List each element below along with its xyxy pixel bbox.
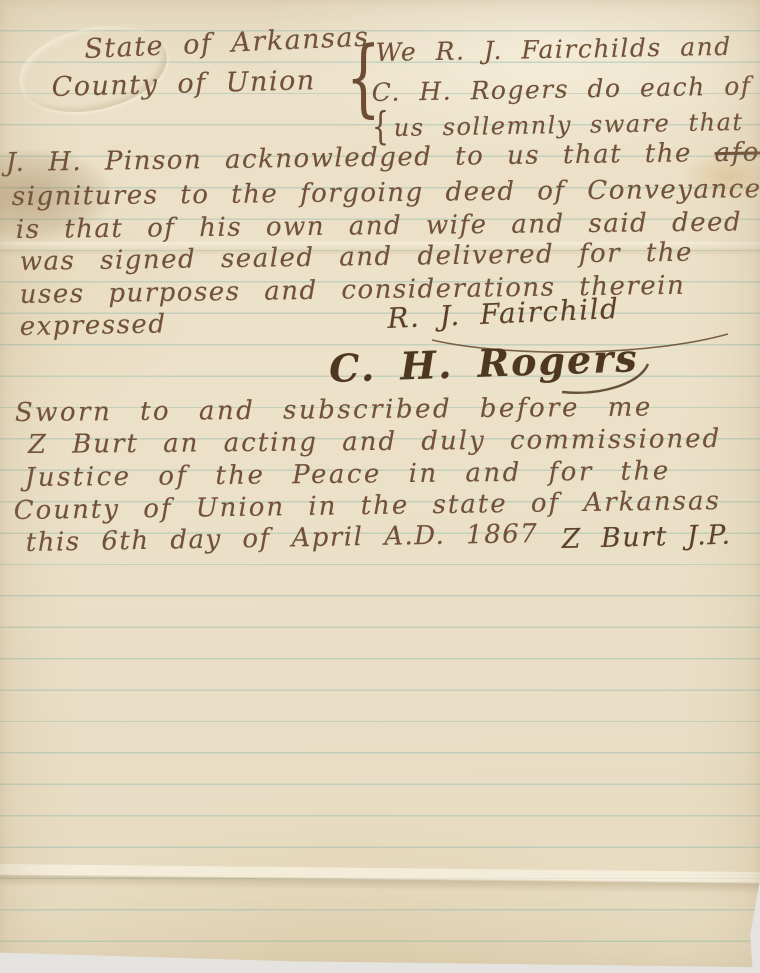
- jurat-line-4: County of Union in the state of Arkansas: [14, 486, 721, 526]
- oath-line-3: us sollemnly sware that: [394, 108, 744, 142]
- body-line-1: J. H. Pinson acknowledged to us that the…: [6, 137, 760, 178]
- body-line-1-struck-word: afore: [714, 137, 760, 168]
- signature-burt-jp: Z Burt J.P.: [561, 520, 732, 555]
- jurat-date-line: this 6th day of April A.D. 1867: [25, 519, 538, 558]
- paper-crease-lower: [0, 864, 760, 894]
- jurat-line-1: Sworn to and subscribed before me: [15, 392, 653, 428]
- scanned-affidavit-page: { "affidavit": { "venue": { "line1": "St…: [0, 0, 760, 973]
- body-line-1-text: J. H. Pinson acknowledged to us that the: [6, 138, 693, 178]
- oath-line-1: We R. J. Fairchilds and: [375, 32, 731, 67]
- jurat-line-2: Z Burt an acting and duly commissioned: [28, 424, 722, 460]
- body-line-2: signitures to the forgoing deed of Conve…: [12, 174, 760, 212]
- oath-line-2: C. H. Rogers do each of: [371, 71, 751, 107]
- venue-county-line: County of Union: [51, 65, 316, 103]
- paper-sheet: State of Arkansas County of Union { { We…: [0, 0, 760, 973]
- signature-rogers: C. H. Rogers: [328, 335, 639, 391]
- oath-small-brace: {: [372, 104, 389, 148]
- body-line-6: expressed: [19, 309, 166, 342]
